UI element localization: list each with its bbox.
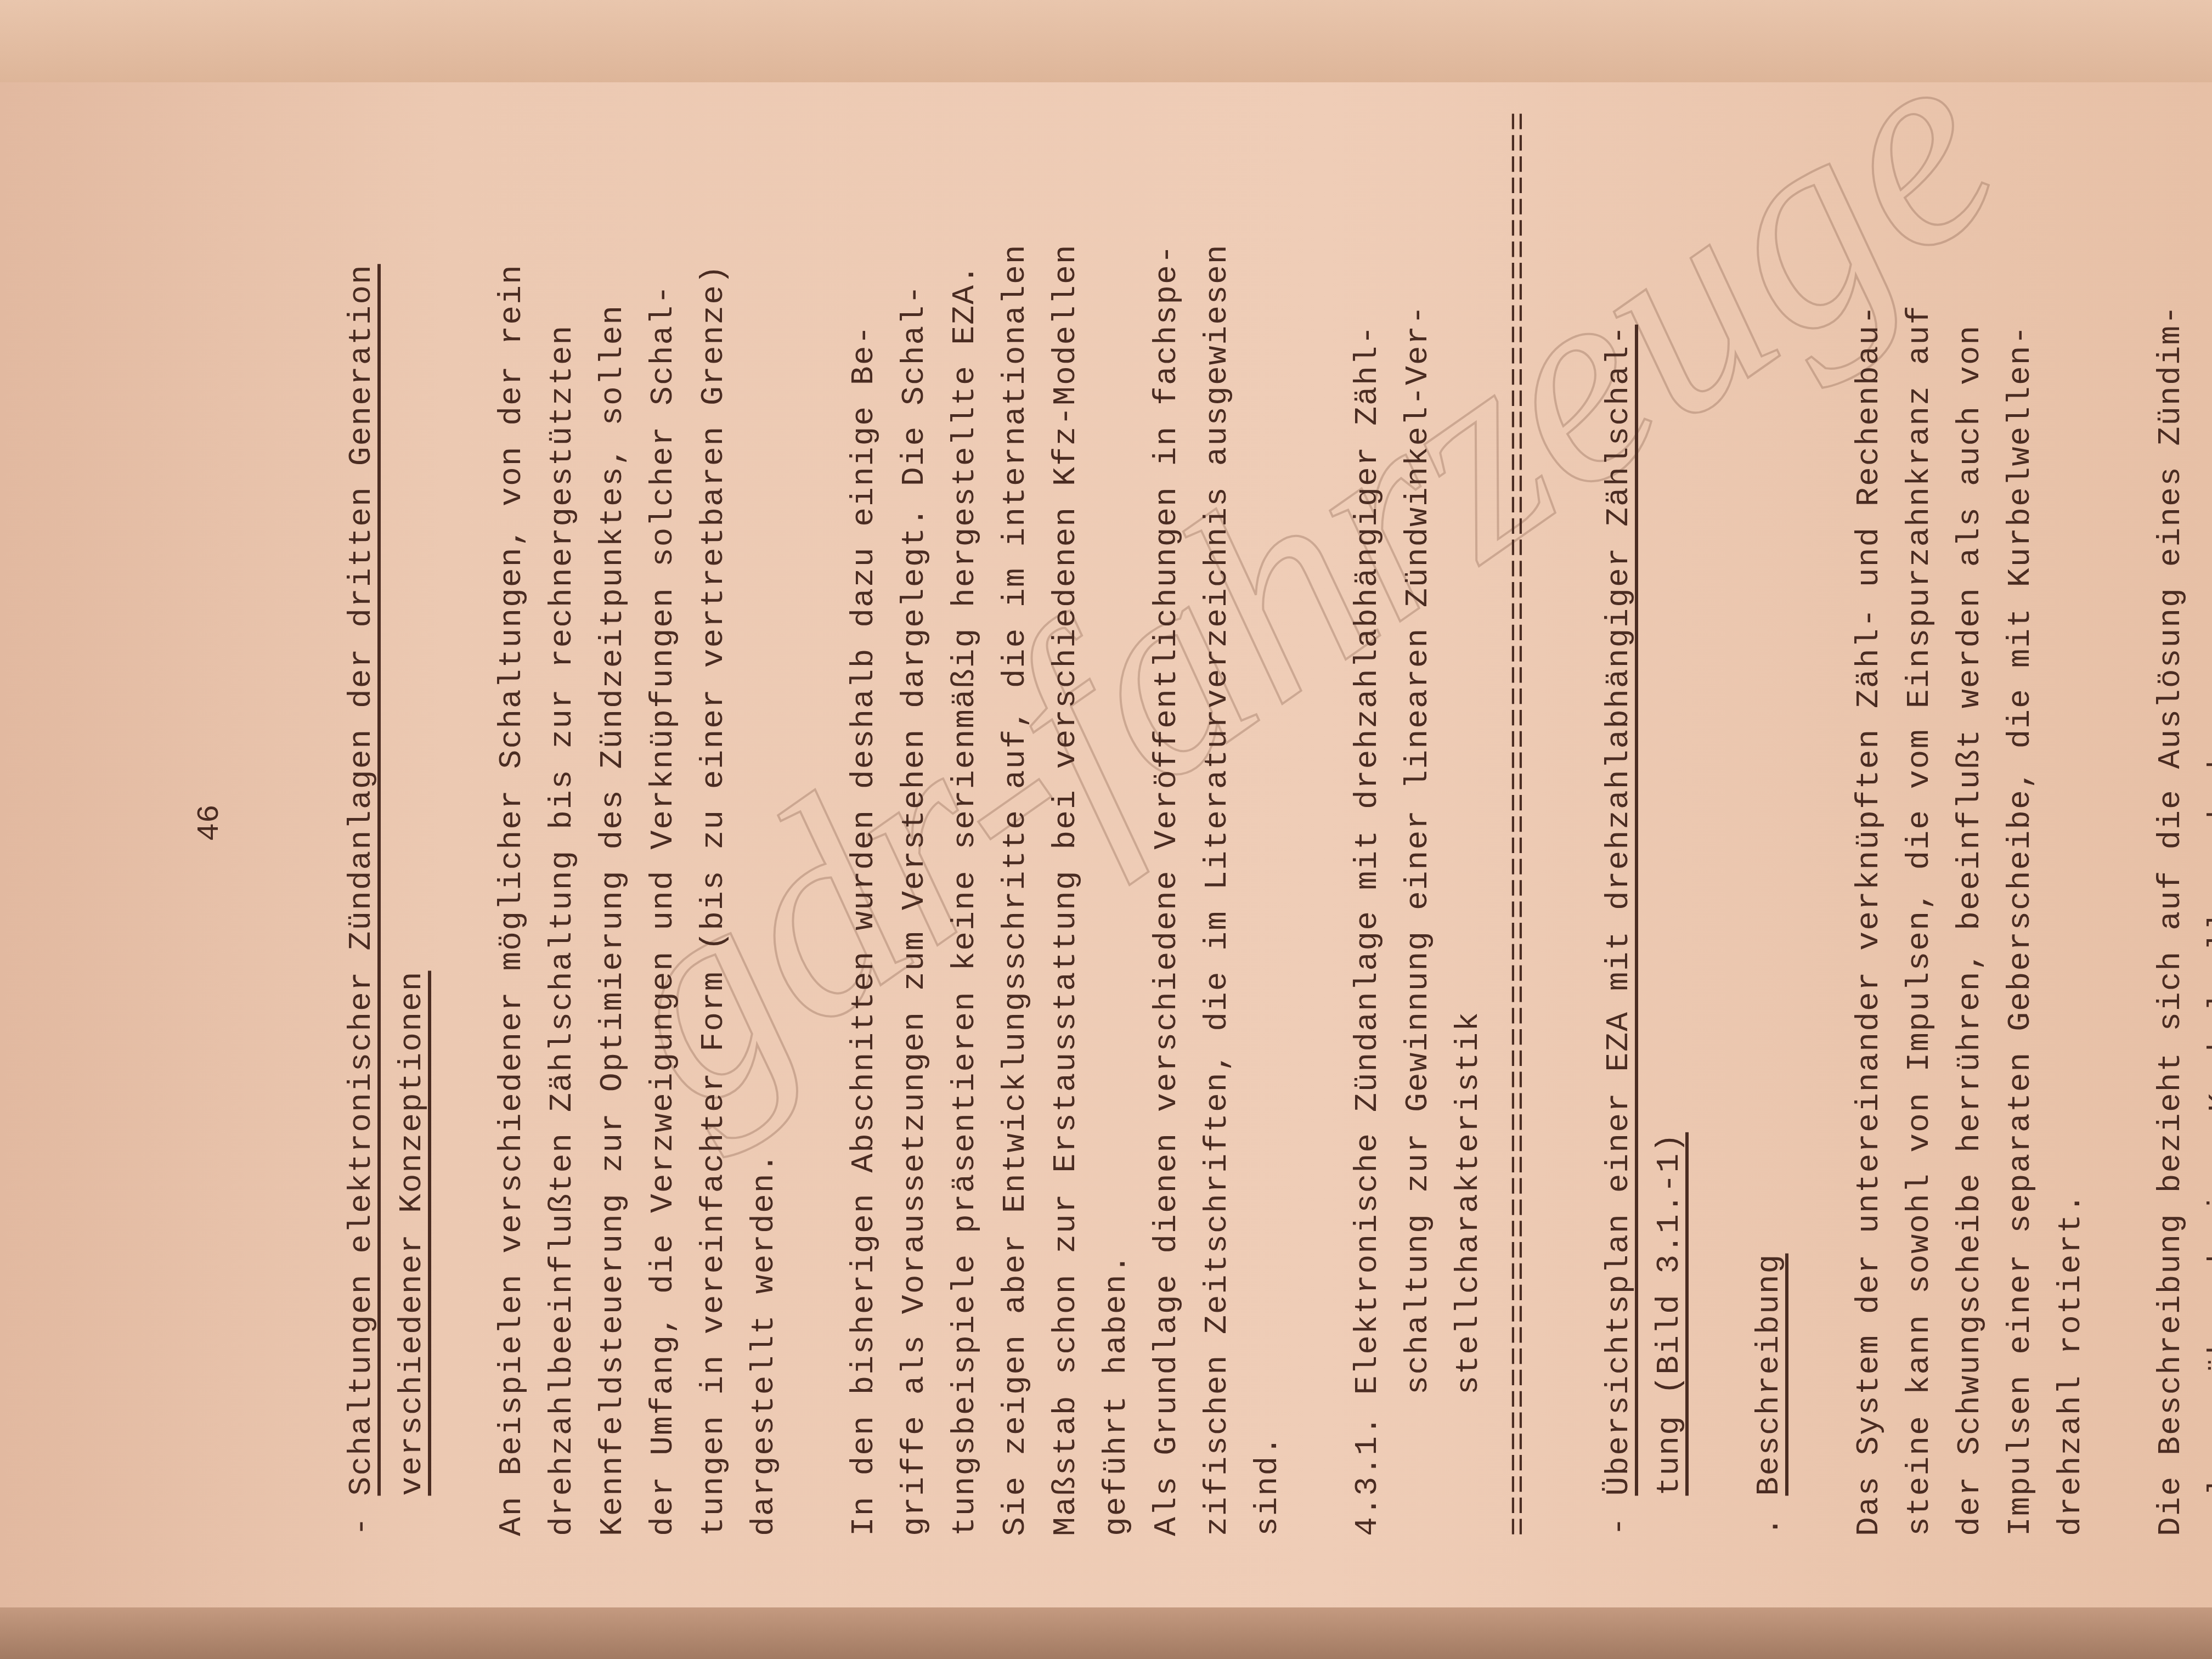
section-line: stellcharakteristik	[1444, 110, 1494, 1536]
para-line: An Beispielen verschiedener möglicher Sc…	[487, 110, 538, 1536]
para-line: der Umfang, die Verzweigungen und Verknü…	[639, 110, 689, 1536]
para-line: In den bisherigen Abschnitten wurden des…	[839, 110, 890, 1536]
section-line: schaltung zur Gewinnung einer linearen Z…	[1393, 110, 1444, 1536]
para-line: der Schwungscheibe herrühren, beeinflußt…	[1945, 110, 1996, 1536]
para-line: Kennfeldsteuerung zur Optimierung des Zü…	[588, 110, 639, 1536]
para-line: tungsbeispiele präsentieren keine serien…	[940, 110, 991, 1536]
heading-block: - Schaltungen elektronischer Zündanlagen…	[337, 110, 438, 1536]
para-block: Das System der untereinander verknüpften…	[1844, 110, 2097, 1536]
section-rule: ========================================…	[1494, 110, 1545, 1536]
spacer	[790, 110, 839, 1536]
spacer	[1294, 110, 1343, 1536]
para-line: Als Grundlage dienen verschiedene Veröff…	[1142, 110, 1193, 1536]
para-line: Sie zeigen aber Entwicklungsschritte auf…	[991, 110, 1041, 1536]
heading-block: - Übersichtsplan einer EZA mit drehzahla…	[1594, 110, 1695, 1536]
para-line: Die Beschreibung bezieht sich auf die Au…	[2146, 110, 2197, 1536]
para-block: An Beispielen verschiedener möglicher Sc…	[487, 110, 790, 1536]
section-line: 4.3.1. Elektronische Zündanlage mit dreh…	[1343, 110, 1393, 1536]
para-line: Impulsen einer separaten Geberscheibe, d…	[1996, 110, 2046, 1536]
subheading-block: . Beschreibung	[1745, 110, 1795, 1536]
spacer	[1545, 110, 1594, 1536]
spacer	[2097, 110, 2146, 1536]
para-line: zifischen Zeitschriften, die im Literatu…	[1193, 110, 1243, 1536]
subheading-line: . Beschreibung	[1745, 110, 1795, 1536]
para-line: sind.	[1243, 110, 1294, 1536]
para-line: steine kann sowohl von Impulsen, die vom…	[1895, 110, 1945, 1536]
facing-page-edge	[0, 0, 2212, 93]
para-line: Das System der untereinander verknüpften…	[1844, 110, 1895, 1536]
section-block: 4.3.1. Elektronische Zündanlage mit dreh…	[1343, 110, 1545, 1536]
heading-line: - Übersichtsplan einer EZA mit drehzahla…	[1594, 110, 1645, 1536]
heading-line: verschiedener Konzeptionen	[387, 110, 438, 1536]
page-stack-edge	[0, 1607, 2212, 1659]
spacer	[1695, 110, 1745, 1536]
rotated-text-frame: 46 - Schaltungen elektronischer Zündanla…	[192, 110, 2002, 1536]
spacer	[1795, 110, 1844, 1536]
para-line: griffe als Voraussetzungen zum Verstehen…	[890, 110, 940, 1536]
heading-line: - Schaltungen elektronischer Zündanlagen…	[337, 110, 387, 1536]
para-block: Die Beschreibung bezieht sich auf die Au…	[2146, 110, 2212, 1536]
para-line: dargestellt werden.	[740, 110, 790, 1536]
para-line: pulses während einer Kurbelwellenumdrehu…	[2197, 110, 2212, 1536]
para-line: drehzahl rotiert.	[2046, 110, 2097, 1536]
page-content: 46 - Schaltungen elektronischer Zündanla…	[192, 110, 2212, 1536]
para-line: tungen in vereinfachter Form (bis zu ein…	[689, 110, 740, 1536]
para-line: drehzahlbeeinflußten Zählschaltung bis z…	[538, 110, 588, 1536]
para-line: Maßstab schon zur Erstausstattung bei ve…	[1041, 110, 1092, 1536]
para-block: In den bisherigen Abschnitten wurden des…	[839, 110, 1294, 1536]
para-line: geführt haben.	[1092, 110, 1142, 1536]
page-number: 46	[192, 110, 227, 1536]
spacer	[438, 110, 487, 1536]
heading-line: tung (Bild 3.1.-1)	[1645, 110, 1695, 1536]
